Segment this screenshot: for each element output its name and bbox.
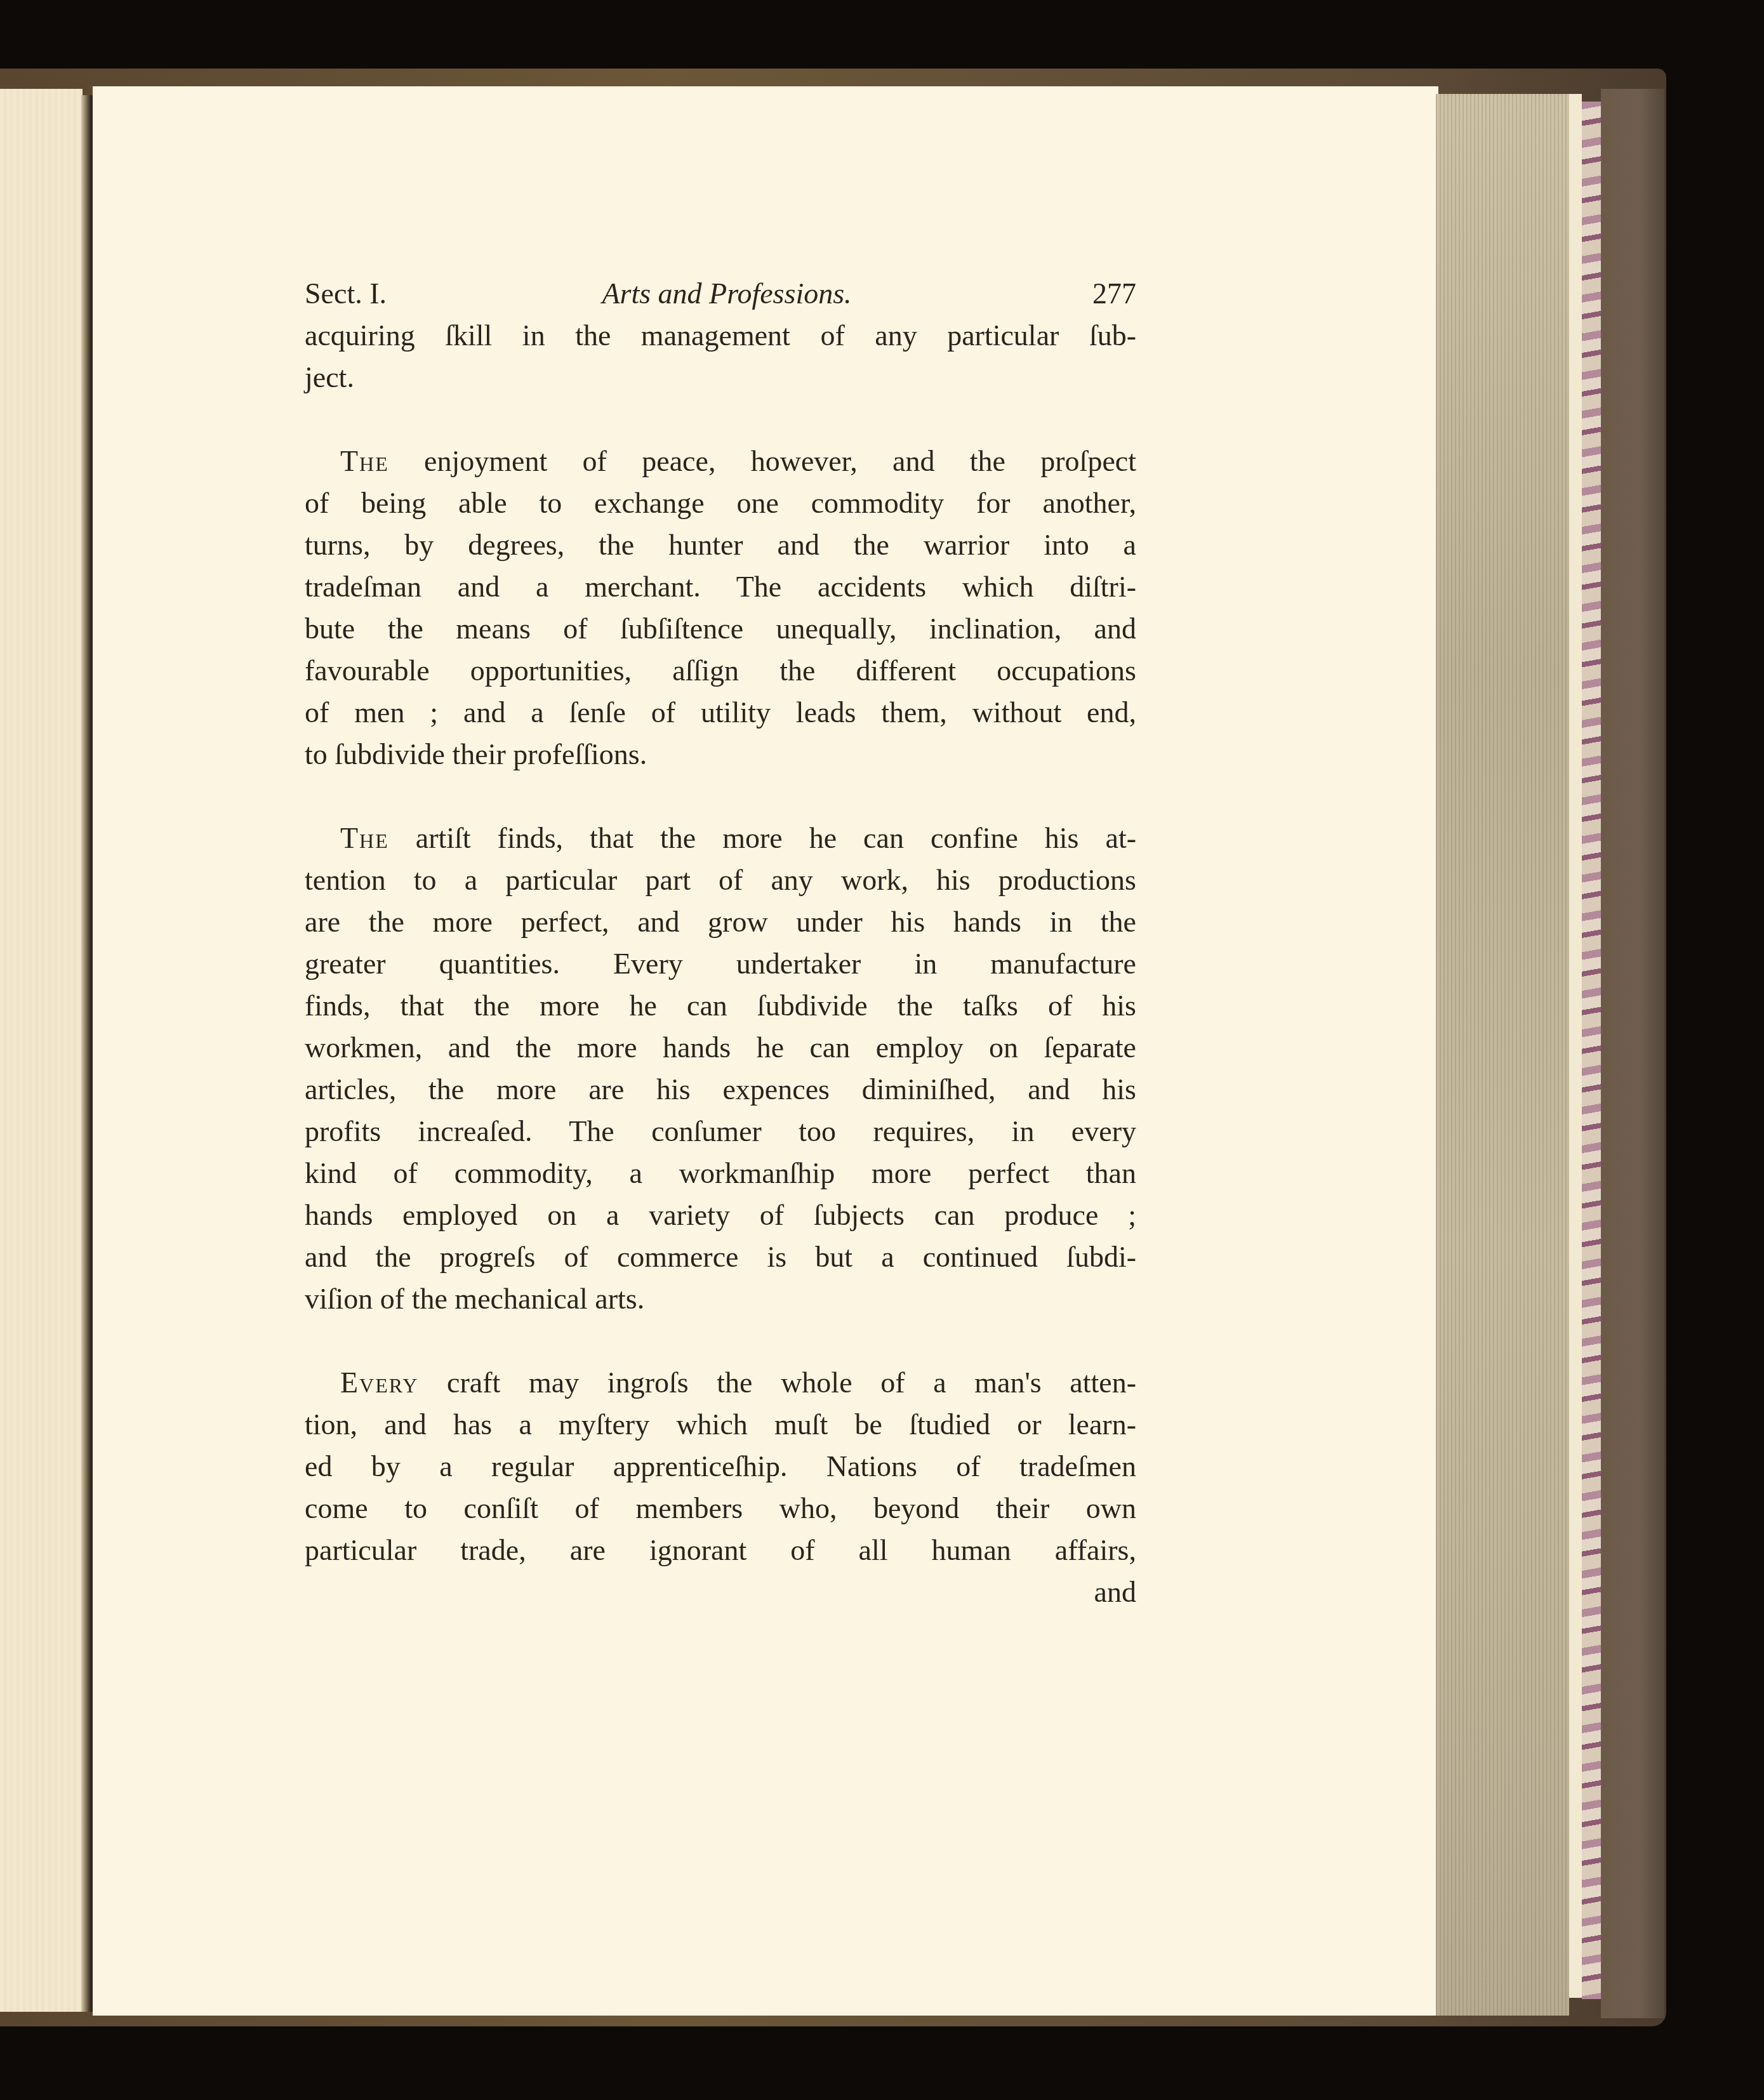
text-line: profits increaſed. The conſumer too requ…	[305, 1111, 1136, 1152]
text-line: tradeſman and a merchant. The accidents …	[305, 566, 1136, 608]
text-line: ed by a regular apprenticeſhip. Nations …	[305, 1446, 1136, 1488]
back-board	[1601, 89, 1664, 2018]
text-line: particular trade, are ignorant of all hu…	[305, 1529, 1136, 1571]
text-line: of being able to exchange one commodity …	[305, 482, 1136, 524]
page-number: 277	[1073, 273, 1136, 315]
page-fore-edge	[1436, 94, 1569, 2016]
text-line: favourable opportunities, aſſign the dif…	[305, 650, 1136, 692]
text-line: viſion of the mechanical arts.	[305, 1278, 1136, 1320]
text-line: turns, by degrees, the hunter and the wa…	[305, 524, 1136, 566]
paragraph-1: acquiring ſkill in the management of any…	[305, 315, 1136, 399]
text-line: of men ; and a ſenſe of utility leads th…	[305, 692, 1136, 734]
book-gutter	[81, 95, 94, 2012]
text-line: acquiring ſkill in the management of any…	[305, 315, 1136, 357]
chapter-title: Arts and Professions.	[457, 273, 1073, 315]
text-line: Every craft may ingroſs the whole of a m…	[305, 1362, 1136, 1404]
marbled-endpaper	[1582, 102, 1601, 1999]
text-line: finds, that the more he can ſubdivide th…	[305, 985, 1136, 1027]
text-line: are the more perfect, and grow under his…	[305, 901, 1136, 943]
small-caps-lead: The	[340, 445, 389, 477]
text-line: kind of commodity, a workmanſhip more pe…	[305, 1152, 1136, 1194]
text-line: articles, the more are his expences dimi…	[305, 1069, 1136, 1111]
text-line: to ſubdivide their profeſſions.	[305, 734, 1136, 776]
text-line: bute the means of ſubſiſtence unequally,…	[305, 608, 1136, 650]
paragraph-3: The artiſt finds, that the more he can c…	[305, 817, 1136, 1320]
text-line: greater quantities. Every undertaker in …	[305, 943, 1136, 985]
text-line: The artiſt finds, that the more he can c…	[305, 817, 1136, 859]
text-line: The enjoyment of peace, however, and the…	[305, 440, 1136, 482]
running-head: Sect. I. Arts and Professions. 277	[305, 273, 1136, 315]
text-block: Sect. I. Arts and Professions. 277 acqui…	[305, 273, 1136, 1613]
paragraph-2: The enjoyment of peace, however, and the…	[305, 440, 1136, 776]
small-caps-lead: Every	[340, 1366, 418, 1399]
text-line: come to conſiſt of members who, beyond t…	[305, 1488, 1136, 1529]
text-line: workmen, and the more hands he can emplo…	[305, 1027, 1136, 1069]
text-line: tention to a particular part of any work…	[305, 859, 1136, 901]
section-label: Sect. I.	[305, 273, 457, 315]
paragraph-4: Every craft may ingroſs the whole of a m…	[305, 1362, 1136, 1571]
endpaper-edge	[1569, 94, 1582, 1998]
text-line: and the progreſs of commerce is but a co…	[305, 1236, 1136, 1278]
left-page-edge	[0, 89, 83, 2012]
catchword: and	[305, 1571, 1136, 1613]
text-line: ject.	[305, 357, 1136, 399]
text-line: hands employed on a variety of ſubjects …	[305, 1194, 1136, 1236]
text-line: tion, and has a myſtery which muſt be ſt…	[305, 1404, 1136, 1446]
small-caps-lead: The	[340, 822, 389, 854]
